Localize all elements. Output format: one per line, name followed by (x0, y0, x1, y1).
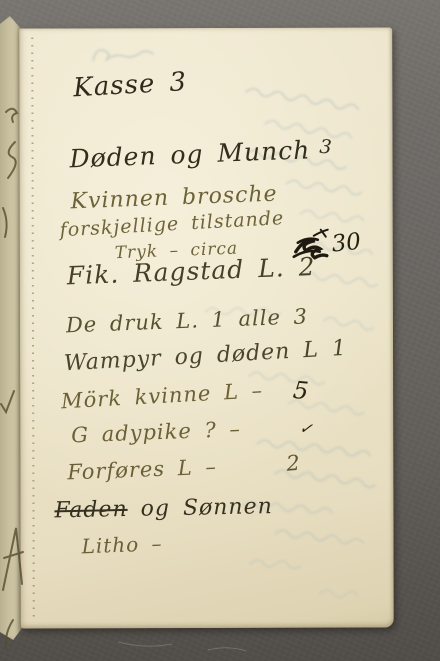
ink-line: forskjellige tilstande (59, 209, 284, 240)
ink-line: De druk L. 1 alle 3 (66, 306, 309, 336)
struck-word: Faden (54, 497, 128, 523)
margin-number: 2 (286, 453, 301, 475)
ink-line: Fik. Ragstad L. 2 (66, 254, 316, 288)
notebook-page: Kasse 3 Døden og Munch 3 Kvinnen brosche… (19, 28, 394, 629)
dust-fiber (118, 642, 246, 651)
ink-line: Litho – (81, 533, 163, 556)
ink-line: G adypike ? – (71, 419, 241, 446)
margin-number: 5 (292, 378, 310, 403)
margin-number: 30 (331, 231, 363, 257)
heading-line: Kasse 3 (73, 69, 188, 101)
ink-line: Faden og Sønnen (54, 496, 273, 522)
photo-background: Kasse 3 Døden og Munch 3 Kvinnen brosche… (0, 0, 440, 661)
margin-number: 3 (319, 138, 332, 158)
ink-line: Wampyr og døden L 1 (63, 338, 347, 376)
perforation-line (31, 37, 35, 621)
ink-line-rest: og Sønnen (140, 494, 273, 522)
check-mark: ✓ (298, 420, 313, 438)
ink-line: Mörk kvinne L – (61, 380, 264, 412)
ink-line: Forføres L – (67, 457, 217, 484)
ink-line: Døden og Munch (69, 137, 311, 171)
